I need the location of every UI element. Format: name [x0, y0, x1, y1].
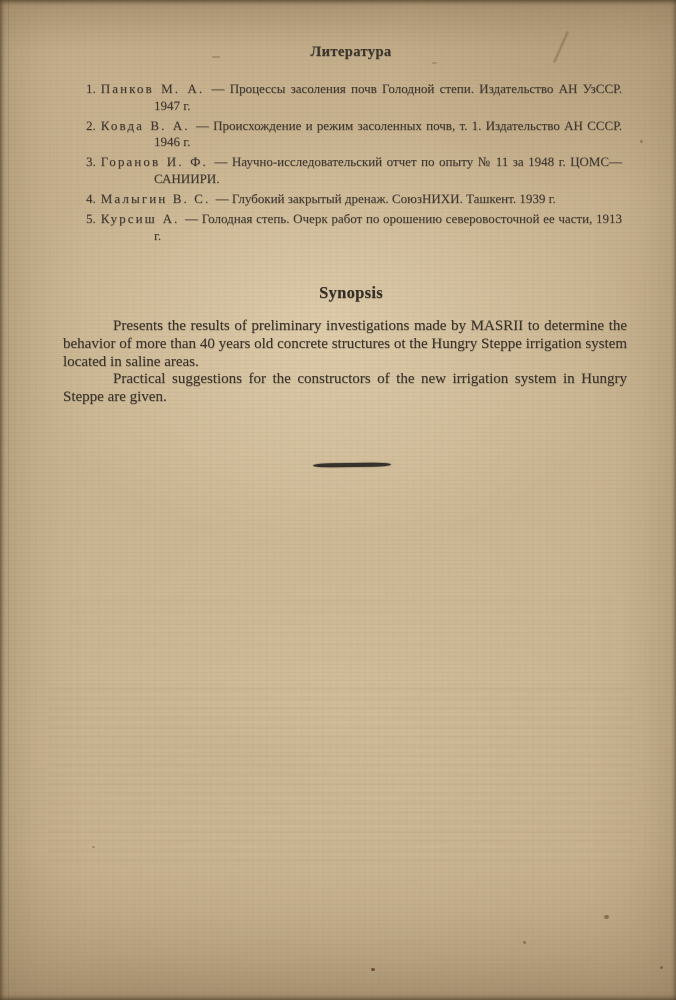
reference-text: — Научно-исследовательский отчет по опыт…: [154, 154, 622, 186]
synopsis-heading: Synopsis: [13, 283, 676, 303]
reference-number: 2.: [86, 118, 96, 133]
reference-text: — Глубокий закрытый дренаж. СоюзНИХИ. Та…: [216, 191, 556, 206]
paper-speck: [604, 915, 609, 919]
reference-author: Панков М. А.: [101, 81, 205, 96]
synopsis-paragraph: Practical suggestions for the constructo…: [63, 371, 627, 406]
bleedthrough-text: [48, 688, 634, 866]
synopsis-paragraph: Presents the results of preliminary inve…: [63, 318, 627, 371]
paper-speck: [371, 968, 375, 971]
reference-item: 4.Малыгин В. С. — Глубокий закрытый дрен…: [86, 191, 622, 208]
page-content: Литература 1.Панков М. А. — Процессы зас…: [0, 0, 676, 467]
section-end-rule: [313, 463, 391, 468]
bleedthrough-text: [70, 600, 616, 660]
reference-item: 1.Панков М. А. — Процессы засоления почв…: [86, 81, 622, 114]
reference-author: Горанов И. Ф.: [101, 154, 208, 169]
reference-text: — Процессы засоления почв Голодной степи…: [154, 81, 622, 113]
reference-number: 5.: [86, 211, 96, 226]
reference-number: 1.: [86, 81, 96, 96]
paper-speck: [92, 846, 95, 848]
reference-item: 5.Курсиш А. — Голодная степь. Очерк рабо…: [86, 211, 622, 244]
reference-text: — Происхождение и режим засоленных почв,…: [154, 118, 622, 150]
reference-author: Курсиш А.: [101, 211, 180, 226]
reference-item: 3.Горанов И. Ф. — Научно-исследовательск…: [86, 154, 622, 187]
reference-text: — Голодная степь. Очерк работ по орошени…: [154, 211, 622, 243]
reference-number: 4.: [86, 191, 96, 206]
scanned-page: Литература 1.Панков М. А. — Процессы зас…: [0, 0, 676, 1000]
reference-author: Малыгин В. С.: [101, 191, 211, 206]
reference-author: Ковда В. А.: [101, 118, 190, 133]
paper-speck: [523, 941, 526, 944]
references-heading: Литература: [13, 0, 676, 61]
reference-list: 1.Панков М. А. — Процессы засоления почв…: [86, 81, 622, 244]
paper-speck: [660, 966, 663, 969]
reference-number: 3.: [86, 154, 96, 169]
reference-item: 2.Ковда В. А. — Происхождение и режим за…: [86, 118, 622, 151]
